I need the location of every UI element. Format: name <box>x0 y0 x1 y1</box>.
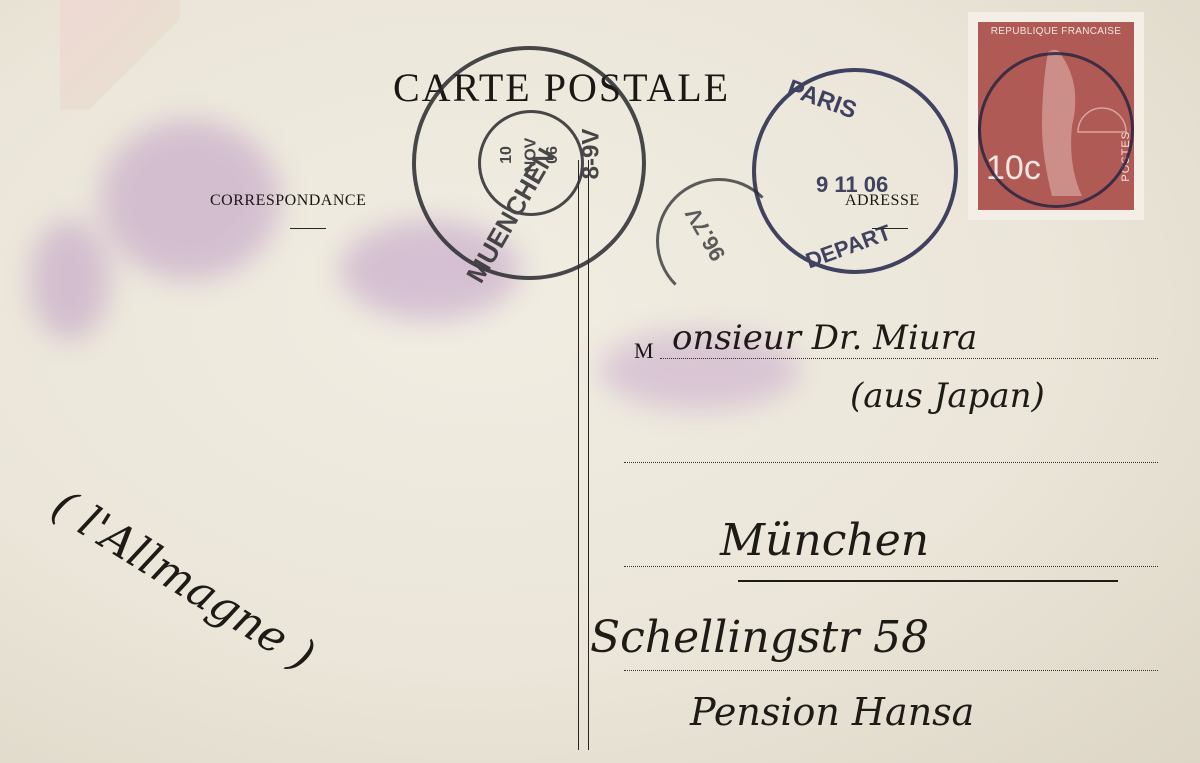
address-origin: (aus Japan) <box>850 376 1045 416</box>
partial-postmark-text: 96.7V <box>680 203 731 266</box>
address-street: Schellingstr 58 <box>590 612 929 663</box>
munich-postmark-day: 10 <box>498 146 516 164</box>
munich-postmark-year: 06 <box>544 146 562 164</box>
address-line <box>660 358 1158 359</box>
corner-fold <box>60 0 180 110</box>
address-line <box>624 670 1158 671</box>
city-underline <box>738 580 1118 582</box>
postage-stamp: REPUBLIQUE FRANCAISE 10c POSTES <box>968 12 1144 220</box>
postcard: CARTE POSTALE CORRESPONDANCE ADRESSE M (… <box>0 0 1200 763</box>
munich-postmark: MUENCHEN 8-9V 10 NOV 06 <box>412 46 646 280</box>
address-name: onsieur Dr. Miura <box>672 318 977 358</box>
salutation-prefix: M <box>634 338 654 364</box>
ink-stain <box>30 220 110 340</box>
paris-postmark-depart: DEPART <box>802 220 894 275</box>
partial-postmark: 96.7V <box>656 178 782 304</box>
stamp-cancel-postmark <box>978 52 1134 208</box>
left-note: ( l'Allmagne ) <box>43 480 323 682</box>
address-pension: Pension Hansa <box>690 690 974 734</box>
correspondance-label: CORRESPONDANCE <box>210 192 366 210</box>
paris-postmark: PARIS 9 11 06 DEPART <box>752 68 958 274</box>
munich-postmark-time: 8-9V <box>577 129 605 180</box>
paris-postmark-date: 9 11 06 <box>816 172 888 198</box>
address-line <box>624 566 1158 567</box>
correspondance-underline <box>290 228 326 229</box>
paris-postmark-city: PARIS <box>783 75 860 126</box>
munich-postmark-month: NOV <box>522 138 540 173</box>
address-city: München <box>720 515 929 566</box>
address-line <box>624 462 1158 463</box>
